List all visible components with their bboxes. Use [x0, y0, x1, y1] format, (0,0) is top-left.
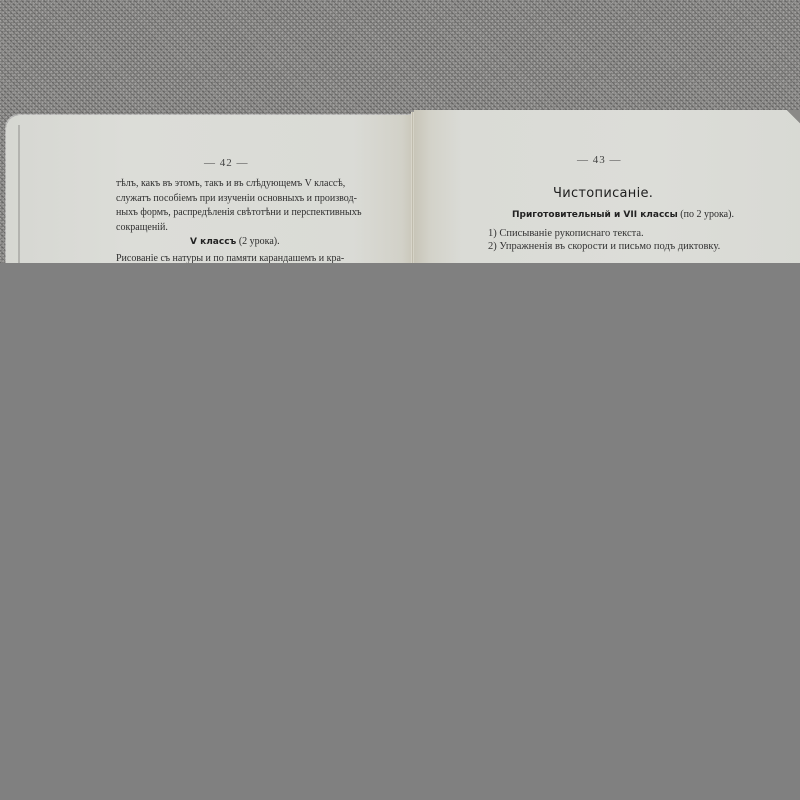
subheading-normal: (по 2 урока).: [678, 209, 734, 220]
left-page-number: — 42 —: [204, 157, 249, 169]
left-section-heading: V классъ (2 урока).: [190, 236, 280, 247]
right-page-title: Чистописаніе.: [553, 186, 653, 201]
text-line: сокращеній.: [116, 221, 362, 236]
list-item: 2) Упражненія въ скорости и письмо подъ …: [488, 241, 720, 252]
text-line: тѣлъ, какъ въ этомъ, такъ и въ слѣдующем…: [116, 177, 362, 192]
text-line: служатъ пособіемъ при изученіи основныхъ…: [116, 192, 362, 207]
section-heading-normal: (2 урока).: [236, 236, 279, 247]
list-item: 1) Списываніе рукописнаго текста.: [488, 228, 644, 239]
page-corner-fold: [784, 110, 800, 140]
grey-overlay: [0, 263, 800, 800]
page-edge-line: [18, 125, 20, 275]
subheading-bold: Приготовительный и VII классы: [512, 210, 678, 220]
left-paragraph: тѣлъ, какъ въ этомъ, такъ и въ слѣдующем…: [116, 177, 362, 235]
right-page-number: — 43 —: [577, 154, 622, 166]
grey-overlay-notch: [0, 276, 172, 286]
text-line: ныхъ формъ, распредѣленія свѣтотѣни и пе…: [116, 206, 362, 221]
right-subheading: Приготовительный и VII классы (по 2 урок…: [512, 209, 734, 220]
section-heading-bold: V классъ: [190, 237, 236, 247]
